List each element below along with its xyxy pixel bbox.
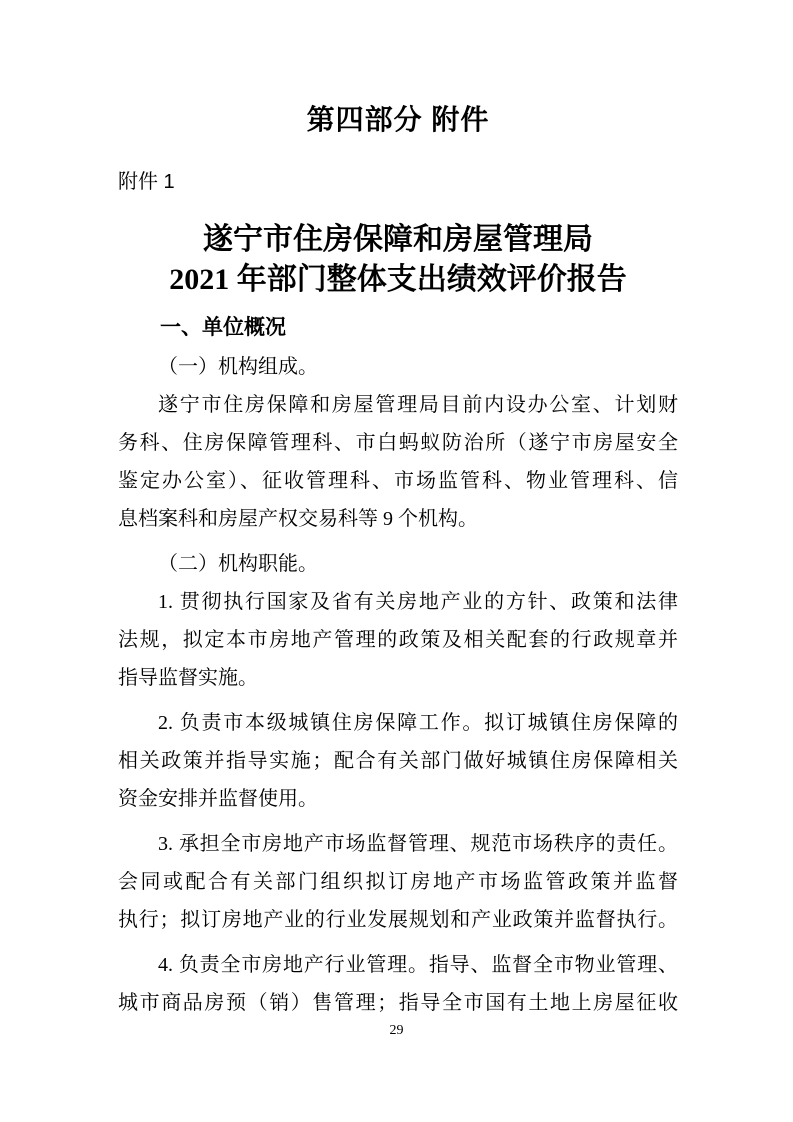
body-line: 遂宁市住房保障和房屋管理局目前内设办公室、计划财 <box>118 386 678 424</box>
body-line: 3. 承担全市房地产市场监督管理、规范市场秩序的责任。 <box>118 825 678 863</box>
body-line: 资金安排并监督使用。 <box>118 780 678 818</box>
body-line: 指导监督实施。 <box>118 659 678 697</box>
document-page: 第四部分 附件 附件 1 遂宁市住房保障和房屋管理局 2021 年部门整体支出绩… <box>0 0 793 1122</box>
page-number: 29 <box>0 1023 793 1039</box>
body-line: 会同或配合有关部门组织拟订房地产市场监管政策并监督 <box>118 863 678 901</box>
body-line: 息档案科和房屋产权交易科等 9 个机构。 <box>118 500 678 538</box>
body-line: （一）机构组成。 <box>118 348 678 386</box>
section-heading-unit-overview: 一、单位概况 <box>118 314 678 342</box>
section-title: 第四部分 附件 <box>118 100 678 140</box>
body-line: 城市商品房预（销）售管理；指导全市国有土地上房屋征收 <box>118 984 678 1022</box>
document-title-line-2: 2021 年部门整体支出绩效评价报告 <box>118 260 678 300</box>
body-line: 2. 负责市本级城镇住房保障工作。拟订城镇住房保障的 <box>118 704 678 742</box>
body-line: 1. 贯彻执行国家及省有关房地产业的方针、政策和法律 <box>118 583 678 621</box>
document-title-line-1: 遂宁市住房保障和房屋管理局 <box>118 220 678 260</box>
body-line: 4. 负责全市房地产行业管理。指导、监督全市物业管理、 <box>118 946 678 984</box>
body-line: 执行；拟订房地产业的行业发展规划和产业政策并监督执行。 <box>118 901 678 939</box>
body-line: 相关政策并指导实施；配合有关部门做好城镇住房保障相关 <box>118 742 678 780</box>
document-title: 遂宁市住房保障和房屋管理局 2021 年部门整体支出绩效评价报告 <box>118 220 678 300</box>
body-line: 务科、住房保障管理科、市白蚂蚁防治所（遂宁市房屋安全 <box>118 424 678 462</box>
body-text: （一）机构组成。遂宁市住房保障和房屋管理局目前内设办公室、计划财务科、住房保障管… <box>118 348 678 1022</box>
document-content: 第四部分 附件 附件 1 遂宁市住房保障和房屋管理局 2021 年部门整体支出绩… <box>0 0 793 1022</box>
body-line: （二）机构职能。 <box>118 545 678 583</box>
body-line: 鉴定办公室）、征收管理科、市场监管科、物业管理科、信 <box>118 462 678 500</box>
body-line: 法规，拟定本市房地产管理的政策及相关配套的行政规章并 <box>118 621 678 659</box>
attachment-label: 附件 1 <box>118 168 678 196</box>
